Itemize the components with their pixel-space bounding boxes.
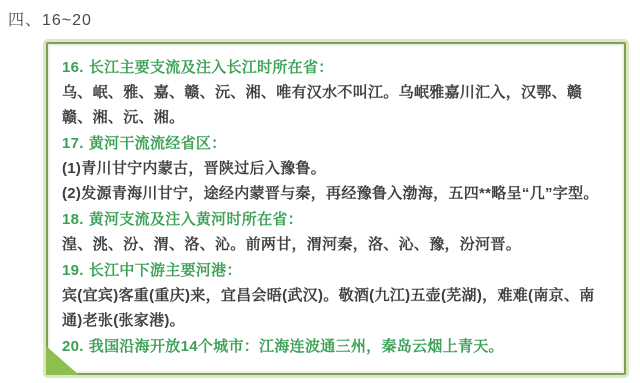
question-item-18: 18.黄河支流及注入黄河时所在省： 湟、洮、汾、渭、洛、沁。前两甘，渭河秦，洛、… — [62, 207, 610, 257]
item-17-answer-1: (1)青川甘宁内蒙古，晋陕过后入豫鲁。 — [62, 156, 610, 181]
item-19-answer: 宾(宜宾)客重(重庆)来，宜昌会晤(武汉)。敬酒(九江)五壶(芜湖)，难难(南京… — [62, 283, 610, 333]
question-item-16: 16.长江主要支流及注入长江时所在省： 乌、岷、雅、嘉、赣、沅、湘、唯有汉水不叫… — [62, 55, 610, 130]
corner-triangle-decoration — [46, 346, 79, 375]
item-20-heading: 20.我国沿海开放14个城市：江海连波通三州，秦岛云烟上青天。 — [62, 334, 610, 359]
item-17-answer-2: (2)发源青海川甘宁，途经内蒙晋与秦，再经豫鲁入渤海，五四**略呈“几”字型。 — [62, 181, 610, 206]
question-item-19: 19.长江中下游主要河港： 宾(宜宾)客重(重庆)来，宜昌会晤(武汉)。敬酒(九… — [62, 258, 610, 333]
item-19-number: 19. — [62, 262, 84, 279]
item-16-heading-text: 长江主要支流及注入长江时所在省： — [89, 59, 334, 76]
item-19-heading-text: 长江中下游主要河港： — [89, 262, 242, 279]
item-18-number: 18. — [62, 211, 84, 228]
item-17-heading-text: 黄河干流流经省区： — [89, 135, 227, 152]
item-16-heading: 16.长江主要支流及注入长江时所在省： — [62, 55, 610, 80]
item-18-heading-text: 黄河支流及注入黄河时所在省： — [89, 211, 303, 228]
item-16-number: 16. — [62, 59, 84, 76]
item-17-number: 17. — [62, 135, 84, 152]
item-17-heading: 17.黄河干流流经省区： — [62, 131, 610, 156]
item-16-answer: 乌、岷、雅、嘉、赣、沅、湘、唯有汉水不叫江。乌岷雅嘉川汇入，汉鄂、赣赣、湘、沅、… — [62, 80, 610, 130]
page: 四、16~20 16.长江主要支流及注入长江时所在省： 乌、岷、雅、嘉、赣、沅、… — [0, 0, 640, 383]
item-18-heading: 18.黄河支流及注入黄河时所在省： — [62, 207, 610, 232]
item-18-answer: 湟、洮、汾、渭、洛、沁。前两甘，渭河秦，洛、沁、豫，汾河晋。 — [62, 232, 610, 257]
question-item-17: 17.黄河干流流经省区： (1)青川甘宁内蒙古，晋陕过后入豫鲁。 (2)发源青海… — [62, 131, 610, 206]
section-title: 四、16~20 — [8, 12, 92, 29]
answer-card: 16.长江主要支流及注入长江时所在省： 乌、岷、雅、嘉、赣、沅、湘、唯有汉水不叫… — [46, 42, 626, 375]
item-19-heading: 19.长江中下游主要河港： — [62, 258, 610, 283]
page-header: 四、16~20 — [8, 7, 92, 30]
item-20-heading-text: 我国沿海开放14个城市：江海连波通三州，秦岛云烟上青天。 — [89, 338, 504, 355]
question-item-20: 20.我国沿海开放14个城市：江海连波通三州，秦岛云烟上青天。 — [62, 334, 610, 359]
